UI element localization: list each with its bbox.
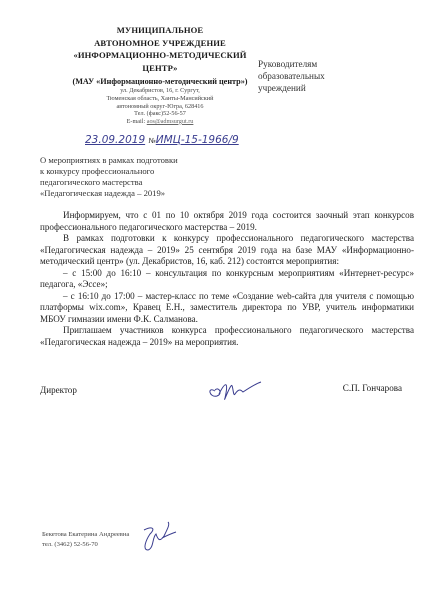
- executor-phone: тел. (3462) 52-56-70: [42, 540, 129, 550]
- addressee-line: Руководителям: [258, 58, 325, 70]
- paragraph-invitation: Приглашаем участников конкурса профессио…: [40, 325, 414, 348]
- org-name-line: ЦЕНТР»: [60, 62, 260, 75]
- email-link[interactable]: aos@admsurgut.ru: [147, 118, 194, 125]
- org-name-line: МУНИЦИПАЛЬНОЕ: [60, 24, 260, 37]
- registration-date: 23.09.2019: [85, 134, 145, 146]
- event-master-class: – с 16:10 до 17:00 – мастер-класс по тем…: [40, 291, 414, 326]
- executor-signature-icon: [138, 520, 178, 556]
- registration-line: 23.09.2019 №ИМЦ-15-1966/9: [85, 134, 260, 148]
- address-line: автономный округ-Югра, 628416: [60, 103, 260, 111]
- addressee-line: учреждений: [258, 82, 325, 94]
- subject-line: «Педагогическая надежда – 2019»: [40, 188, 178, 199]
- signer-name: С.П. Гончарова: [343, 383, 402, 393]
- address-line: Тюменская область, Ханты-Мансийский: [60, 95, 260, 103]
- event-consultation: – с 15:00 до 16:10 – консультация по кон…: [40, 268, 414, 291]
- paragraph-info: Информируем, что с 01 по 10 октября 2019…: [40, 210, 414, 233]
- address-line: ул. Декабристов, 16, г. Сургут,: [60, 87, 260, 95]
- phone-fax: Тел. (факс)52-56-57: [60, 110, 260, 118]
- email: E-mail: aos@admsurgut.ru: [60, 118, 260, 126]
- registration-number: ИМЦ-15-1966/9: [156, 134, 239, 146]
- executor-info: Бекетова Екатерина Андреевна тел. (3462)…: [42, 530, 129, 550]
- letterhead: МУНИЦИПАЛЬНОЕ АВТОНОМНОЕ УЧРЕЖДЕНИЕ «ИНФ…: [60, 24, 260, 125]
- executor-name: Бекетова Екатерина Андреевна: [42, 530, 129, 540]
- number-sign: №: [148, 137, 155, 145]
- letter-body: Информируем, что с 01 по 10 октября 2019…: [40, 210, 414, 348]
- paragraph-events: В рамках подготовки к конкурсу профессио…: [40, 233, 414, 268]
- org-name-line: «ИНФОРМАЦИОННО-МЕТОДИЧЕСКИЙ: [60, 49, 260, 62]
- handwritten-signature-icon: [205, 378, 265, 404]
- email-label: E-mail:: [127, 118, 147, 125]
- subject-line: О мероприятиях в рамках подготовки: [40, 155, 178, 166]
- addressee-line: образовательных: [258, 70, 325, 82]
- subject: О мероприятиях в рамках подготовки к кон…: [40, 155, 178, 199]
- subject-line: педагогического мастерства: [40, 177, 178, 188]
- org-name-line: АВТОНОМНОЕ УЧРЕЖДЕНИЕ: [60, 37, 260, 50]
- signer-title: Директор: [40, 385, 77, 395]
- signature-block: Директор С.П. Гончарова: [40, 380, 414, 404]
- addressee: Руководителям образовательных учреждений: [258, 58, 325, 94]
- subject-line: к конкурсу профессионального: [40, 166, 178, 177]
- org-abbreviation: (МАУ «Информационно-методический центр»): [60, 76, 260, 87]
